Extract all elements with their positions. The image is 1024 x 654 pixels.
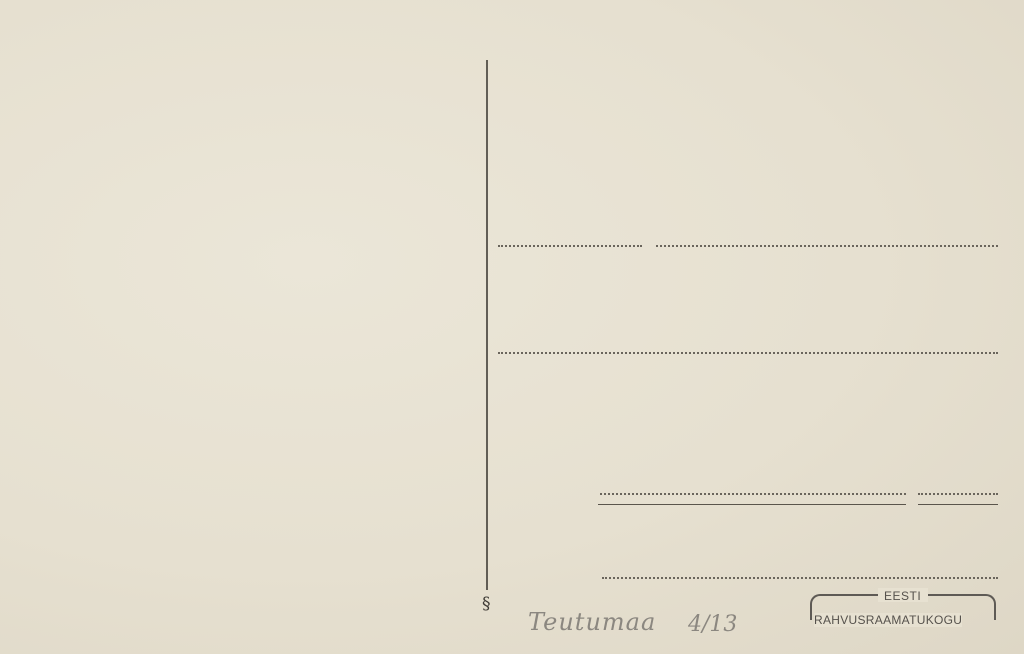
address-line-4 <box>602 577 998 579</box>
address-underline-b <box>918 504 998 505</box>
address-line-1b <box>656 245 998 247</box>
address-line-1a <box>498 245 642 247</box>
postcard-back: § Teutumaa 4/13 EESTI RAHVUSRAAMATUKOGU <box>0 0 1024 654</box>
section-mark: § <box>482 594 491 614</box>
address-line-3b <box>918 493 998 495</box>
address-line-2 <box>498 352 998 354</box>
address-underline-a <box>598 504 906 505</box>
handwritten-name: Teutumaa <box>528 608 656 636</box>
center-divider-line <box>486 60 488 590</box>
stamp-top-text: EESTI <box>884 589 921 603</box>
library-stamp: EESTI RAHVUSRAAMATUKOGU <box>808 586 994 630</box>
handwritten-number: 4/13 <box>688 612 737 637</box>
address-line-3a <box>600 493 906 495</box>
stamp-bottom-text: RAHVUSRAAMATUKOGU <box>814 613 962 627</box>
